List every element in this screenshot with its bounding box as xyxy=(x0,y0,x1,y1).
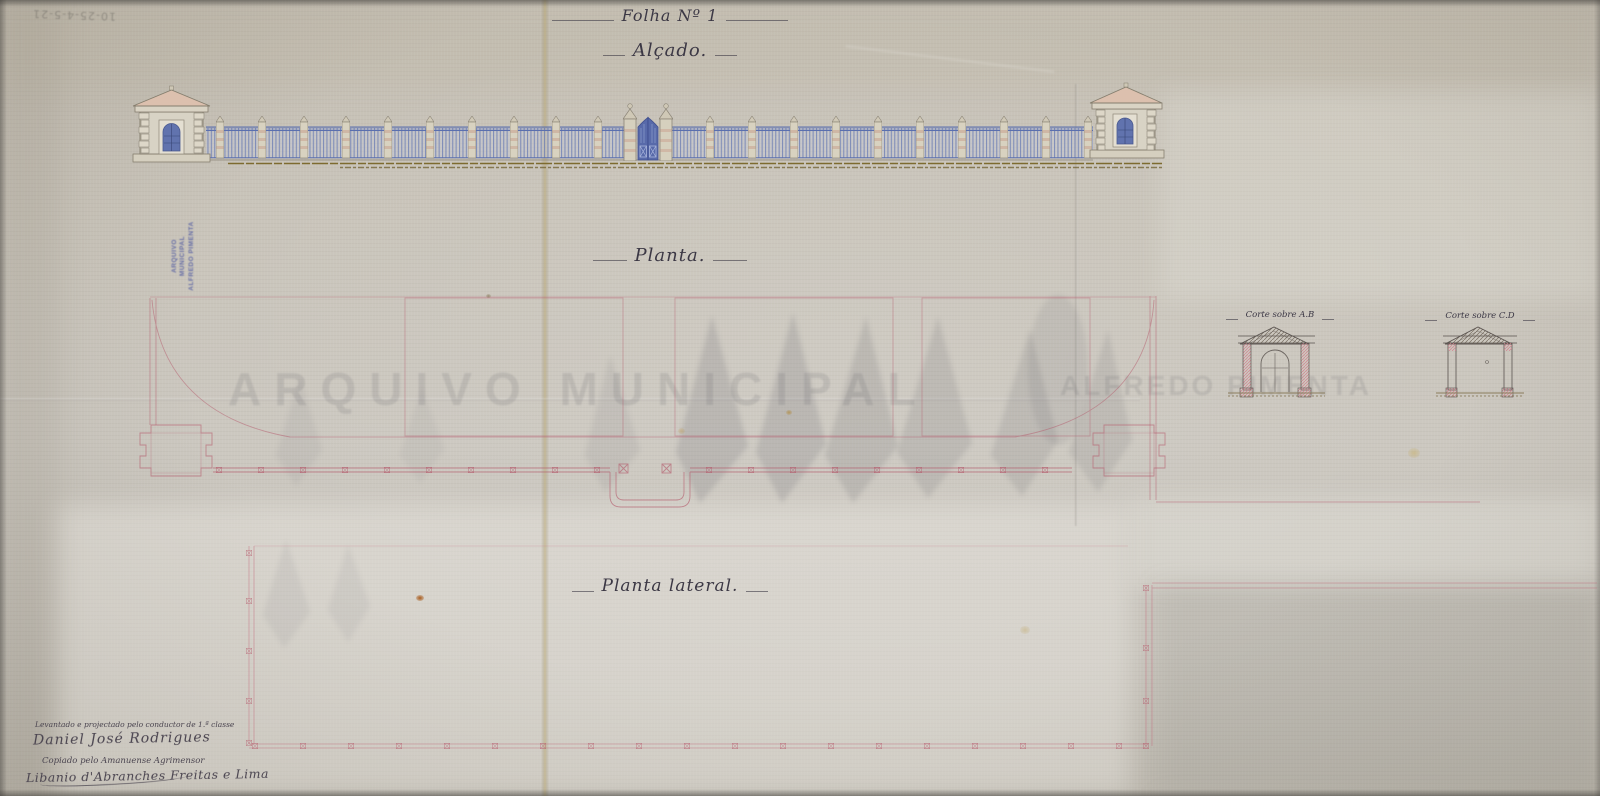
title-rule xyxy=(1425,320,1437,321)
copied-note: Copiado pelo Amanuense Agrimensor xyxy=(42,756,204,766)
title-rule xyxy=(1322,319,1334,320)
drafted-note: Levantado e projectado pelo conductor de… xyxy=(35,720,234,729)
ground-line xyxy=(228,164,1162,168)
drawing-linework xyxy=(0,0,1600,796)
stain-foxing-4 xyxy=(486,294,491,298)
section-ab-drawing xyxy=(1228,327,1325,397)
stain-foxing-3 xyxy=(678,428,685,434)
title-rule xyxy=(746,591,768,592)
right-pavilion xyxy=(1090,83,1164,158)
title-rule xyxy=(713,260,747,261)
section-cd-title: Corte sobre C.D xyxy=(1445,311,1514,321)
drafted-signature: Daniel José Rodrigues xyxy=(33,729,211,748)
stain-rust xyxy=(416,595,424,601)
sheet-title: Folha Nº 1 xyxy=(622,6,719,25)
elevation-drawing xyxy=(133,83,1164,168)
title-rule xyxy=(603,55,625,56)
archive-stamp: ARQUIVO MUNICIPAL ALFREDO PIMENTA xyxy=(166,221,220,291)
plan-title-row: Planta. xyxy=(545,245,795,266)
stain-fleck xyxy=(786,410,792,415)
elevation-title-row: Alçado. xyxy=(555,40,785,61)
gate xyxy=(623,104,673,161)
stain-foxing-1 xyxy=(1408,448,1420,458)
left-pavilion-window xyxy=(159,120,184,154)
lateral-plan-title-row: Planta lateral. xyxy=(540,576,800,596)
title-rule xyxy=(726,20,788,21)
gate-pier-left xyxy=(623,104,637,161)
title-rule xyxy=(593,260,627,261)
title-rule xyxy=(1226,319,1238,320)
title-rule xyxy=(715,55,737,56)
title-rule xyxy=(552,20,614,21)
section-ab-title-row: Corte sobre A.B xyxy=(1200,309,1360,320)
lateral-plan-title: Planta lateral. xyxy=(602,576,739,596)
lateral-plan-drawing xyxy=(246,546,1597,749)
stamp-line-2: ALFREDO PIMENTA xyxy=(187,220,196,292)
left-pavilion xyxy=(133,86,210,162)
section-cd-title-row: Corte sobre C.D xyxy=(1405,310,1555,321)
section-ab-title: Corte sobre A.B xyxy=(1246,310,1315,320)
elevation-title: Alçado. xyxy=(633,40,707,61)
title-rule xyxy=(572,591,594,592)
section-cd-drawing xyxy=(1436,327,1524,397)
sheet-title-row: Folha Nº 1 xyxy=(540,6,800,25)
gate-pier-right xyxy=(659,104,673,161)
title-rule xyxy=(1523,320,1535,321)
stain-foxing-2 xyxy=(1020,626,1030,634)
right-pavilion-window xyxy=(1113,114,1137,147)
scanned-drawing-sheet: ARQUIVO MUNICIPAL ALFREDO PIMENTA xyxy=(0,0,1600,796)
plan-title: Planta. xyxy=(635,245,706,266)
stamp-line-1: ARQUIVO MUNICIPAL xyxy=(170,220,187,292)
